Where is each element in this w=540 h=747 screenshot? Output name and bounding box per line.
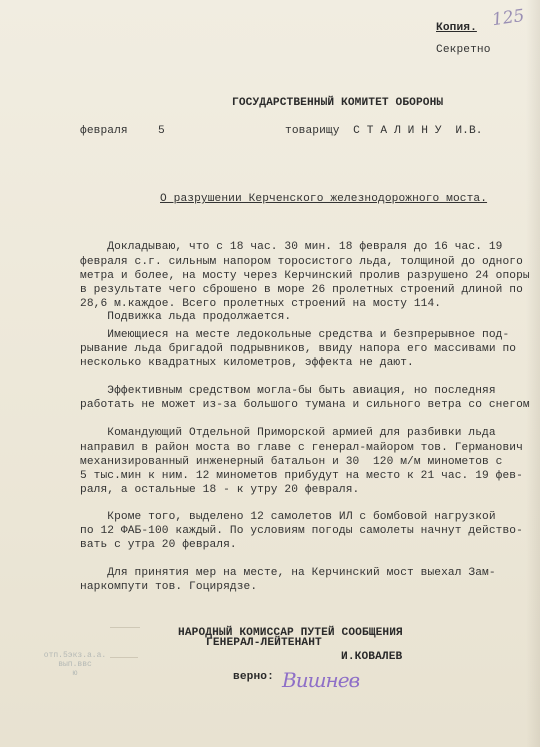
margin-stamp: отп.5экз.а.а. вып.ввс ю	[20, 651, 130, 678]
signatory-name: И.КОВАЛЕВ	[341, 651, 402, 663]
body-line: Командующий Отдельной Приморской армией …	[80, 427, 496, 439]
body-line: рывание льда бригадой подрывников, ввиду…	[80, 343, 516, 355]
body-line: несколько квадратных километров, эффекта…	[80, 357, 414, 369]
body-line: работать не может из-за большого тумана …	[80, 399, 530, 411]
addressee: товарищу С Т А Л И Н У И.В.	[285, 125, 483, 137]
date-month: февраля	[80, 125, 128, 137]
copy-mark: Копия.	[436, 22, 477, 34]
body-line: Для принятия мер на месте, на Керчинский…	[80, 567, 496, 579]
subject-line: О разрушении Керченского железнодорожног…	[160, 193, 487, 205]
classification: Секретно	[436, 44, 491, 56]
body-line: раля, а остальные 18 - к утру 20 февраля…	[80, 484, 359, 496]
body-line: Докладываю, что с 18 час. 30 мин. 18 фев…	[80, 241, 502, 253]
verified-signature: Вишнев	[282, 668, 359, 692]
body-line: Эффективным средством могла-бы быть авиа…	[80, 385, 496, 397]
body-line: Подвижка льда продолжается.	[80, 311, 291, 323]
verified-label: верно:	[233, 671, 274, 683]
body-line: наркомпути тов. Гоцирядзе.	[80, 581, 257, 593]
body-line: вать с утра 20 февраля.	[80, 539, 237, 551]
body-line: по 12 ФАБ-100 каждый. По условиям погоды…	[80, 525, 523, 537]
signatory-title-2: ГЕНЕРАЛ-ЛЕЙТЕНАНТ	[206, 637, 322, 649]
body-line: февраля с.г. сильным напором торосистого…	[80, 256, 523, 268]
margin-dash	[110, 627, 140, 628]
date-day: 5	[158, 125, 165, 137]
body-line: 5 тыс.мин к ним. 12 минометов прибудут н…	[80, 470, 523, 482]
body-line: в результате чего сброшено в море 26 про…	[80, 284, 523, 296]
organization-heading: ГОСУДАРСТВЕННЫЙ КОМИТЕТ ОБОРОНЫ	[232, 97, 443, 109]
body-line: механизированный инженерный батальон и 3…	[80, 456, 502, 468]
body-line: 28,6 м.каждое. Всего пролетных строений …	[80, 298, 441, 310]
body-line: Имеющиеся на месте ледокольные средства …	[80, 329, 509, 341]
margin-dash	[110, 657, 138, 658]
folio-number: 125	[491, 6, 526, 30]
body-line: Кроме того, выделено 12 самолетов ИЛ с б…	[80, 511, 496, 523]
document-page: 125 Копия. Секретно ГОСУДАРСТВЕННЫЙ КОМИ…	[0, 0, 540, 747]
body-line: направил в район моста во главе с генера…	[80, 442, 523, 454]
body-line: метра и более, на мосту через Керчинский…	[80, 270, 530, 282]
